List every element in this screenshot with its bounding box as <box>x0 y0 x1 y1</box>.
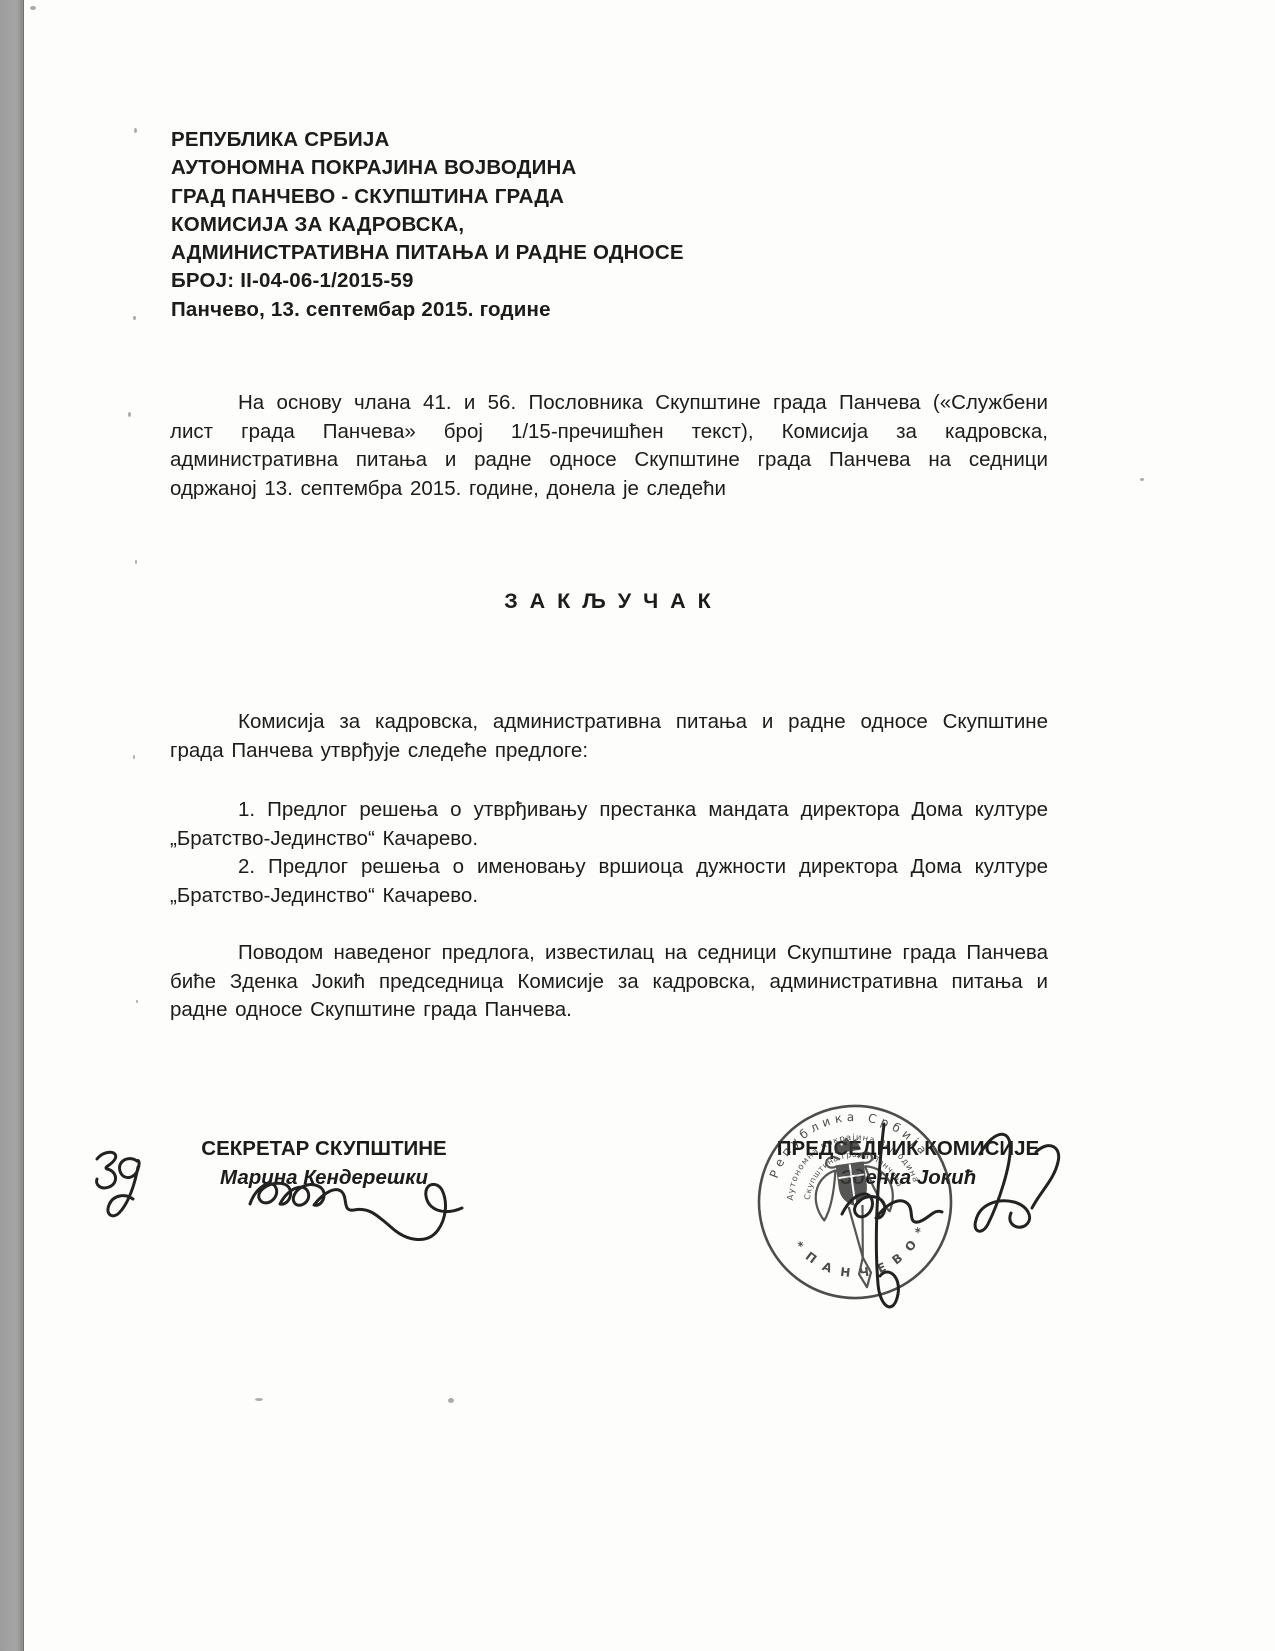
scan-speck <box>133 755 135 759</box>
scan-speck <box>128 412 131 417</box>
secretary-signature <box>242 1142 477 1257</box>
letterhead-line-province: АУТОНОМНА ПОКРАЈИНА ВОЈВОДИНА <box>171 154 684 182</box>
closing-paragraph: Поводом наведеног предлога, известилац н… <box>170 939 1048 1025</box>
letterhead-line-city: ГРАД ПАНЧЕВО - СКУПШТИНА ГРАДА <box>171 183 684 211</box>
intro-paragraph: На основу члана 41. и 56. Пословника Ску… <box>170 389 1048 503</box>
scan-speck <box>255 1398 263 1401</box>
scan-speck <box>1140 478 1144 481</box>
proposal-list: 1. Предлог решења о утврђивању престанка… <box>170 796 1048 910</box>
document-title: З А К Љ У Ч А К <box>170 589 1048 614</box>
scan-speck <box>135 560 137 564</box>
proposal-item-1: 1. Предлог решења о утврђивању престанка… <box>170 796 1048 853</box>
body-paragraph: Комисија за кадровска, административна п… <box>170 708 1048 765</box>
letterhead: РЕПУБЛИКА СРБИЈА АУТОНОМНА ПОКРАЈИНА ВОЈ… <box>171 126 684 324</box>
letterhead-line-commission2: АДМИНИСТРАТИВНА ПИТАЊА И РАДНЕ ОДНОСЕ <box>171 239 684 267</box>
letterhead-line-republic: РЕПУБЛИКА СРБИЈА <box>171 126 684 154</box>
scan-speck <box>133 316 136 320</box>
letterhead-line-date: Панчево, 13. септембар 2015. године <box>171 296 684 324</box>
letterhead-line-number: БРОЈ: II-04-06-1/2015-59 <box>171 267 684 295</box>
handwritten-za-mark <box>85 1143 170 1228</box>
president-signature <box>822 1096 1072 1341</box>
scanned-document-page: РЕПУБЛИКА СРБИЈА АУТОНОМНА ПОКРАЈИНА ВОЈ… <box>0 0 1275 1651</box>
letterhead-line-commission: КОМИСИЈА ЗА КАДРОВСКА, <box>171 211 684 239</box>
scan-speck <box>30 6 36 10</box>
proposal-item-2: 2. Предлог решења о именовању вршиоца ду… <box>170 853 1048 910</box>
scan-speck <box>134 128 137 133</box>
scan-speck <box>136 1000 138 1003</box>
scan-speck <box>448 1398 454 1403</box>
scan-edge-artifact <box>0 0 24 1651</box>
